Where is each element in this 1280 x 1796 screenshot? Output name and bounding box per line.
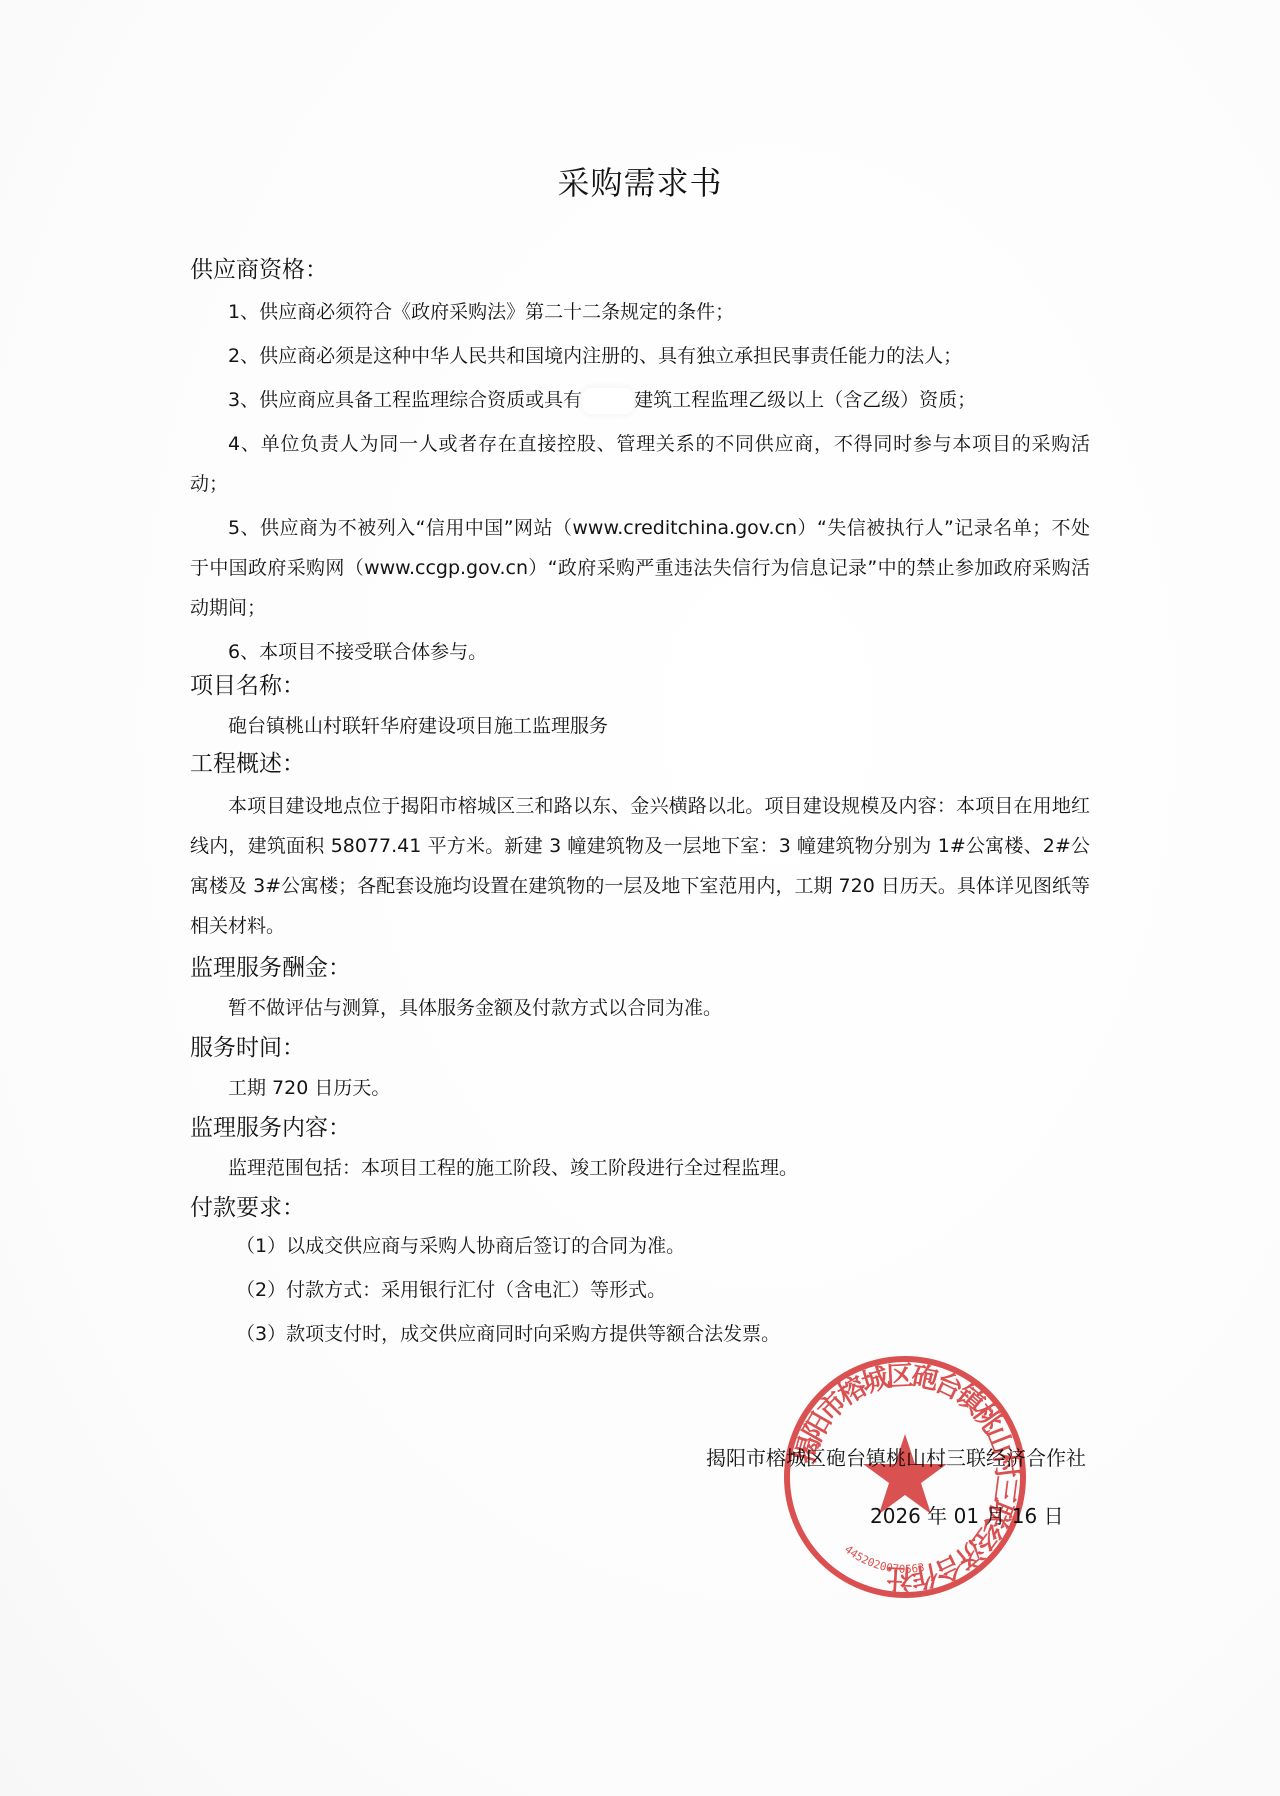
qualification-item-3-part-a: 3、供应商应具备工程监理综合资质或具有: [228, 389, 582, 411]
qualification-item-5: 5、供应商为不被列入“信用中国”网站（www.creditchina.gov.c…: [190, 508, 1090, 632]
section-heading: 监理服务酬金：: [190, 950, 1090, 986]
section-supplier-qualification: 供应商资格： 1、供应商必须符合《政府采购法》第二十二条规定的条件； 2、供应商…: [190, 252, 1090, 668]
section-heading: 工程概述：: [190, 746, 1090, 782]
project-overview-text: 本项目建设地点位于揭阳市榕城区三和路以东、金兴横路以北。项目建设规模及内容：本项…: [190, 782, 1090, 950]
qualification-item-6: 6、本项目不接受联合体参与。: [190, 632, 1090, 668]
redacted-area: [582, 388, 634, 414]
project-name-text: 砲台镇桃山村联轩华府建设项目施工监理服务: [190, 704, 1090, 746]
qualification-item-1: 1、供应商必须符合《政府采购法》第二十二条规定的条件；: [190, 292, 1090, 336]
seal-number: 4452020070563: [842, 1543, 925, 1576]
qualification-item-4: 4、单位负责人为同一人或者存在直接控股、管理关系的不同供应商，不得同时参与本项目…: [190, 424, 1090, 508]
section-heading: 供应商资格：: [190, 252, 1090, 288]
official-seal-icon: 揭阳市榕城区砲台镇桃山村三联经济合作社 4452020070563: [780, 1352, 1030, 1602]
service-time-text: 工期 720 日历天。: [190, 1066, 1090, 1110]
section-service-content: 监理服务内容： 监理范围包括：本项目工程的施工阶段、竣工阶段进行全过程监理。: [190, 1110, 1090, 1190]
section-service-time: 服务时间： 工期 720 日历天。: [190, 1030, 1090, 1110]
qualification-item-2: 2、供应商必须是这种中华人民共和国境内注册的、具有独立承担民事责任能力的法人；: [190, 336, 1090, 380]
service-content-text: 监理范围包括：本项目工程的施工阶段、竣工阶段进行全过程监理。: [190, 1146, 1090, 1190]
document-page: 采购需求书 供应商资格： 1、供应商必须符合《政府采购法》第二十二条规定的条件；…: [0, 0, 1280, 1796]
payment-item-2: （2）付款方式：采用银行汇付（含电汇）等形式。: [190, 1270, 1090, 1314]
qualification-item-3: 3、供应商应具备工程监理综合资质或具有建筑工程监理乙级以上（含乙级）资质；: [190, 380, 1090, 424]
document-title: 采购需求书: [0, 158, 1280, 204]
section-project-name: 项目名称： 砲台镇桃山村联轩华府建设项目施工监理服务: [190, 668, 1090, 746]
service-fee-text: 暂不做评估与测算，具体服务金额及付款方式以合同为准。: [190, 986, 1090, 1030]
section-heading: 付款要求：: [190, 1190, 1090, 1226]
section-heading: 项目名称：: [190, 668, 1090, 704]
section-payment: 付款要求： （1）以成交供应商与采购人协商后签订的合同为准。 （2）付款方式：采…: [190, 1190, 1090, 1358]
section-service-fee: 监理服务酬金： 暂不做评估与测算，具体服务金额及付款方式以合同为准。: [190, 950, 1090, 1030]
qualification-item-3-part-b: 建筑工程监理乙级以上（含乙级）资质；: [634, 389, 976, 411]
section-heading: 监理服务内容：: [190, 1110, 1090, 1146]
section-heading: 服务时间：: [190, 1030, 1090, 1066]
payment-item-1: （1）以成交供应商与采购人协商后签订的合同为准。: [190, 1226, 1090, 1270]
document-body: 供应商资格： 1、供应商必须符合《政府采购法》第二十二条规定的条件； 2、供应商…: [190, 252, 1090, 1358]
seal-star-icon: [863, 1434, 947, 1514]
section-project-overview: 工程概述： 本项目建设地点位于揭阳市榕城区三和路以东、金兴横路以北。项目建设规模…: [190, 746, 1090, 950]
